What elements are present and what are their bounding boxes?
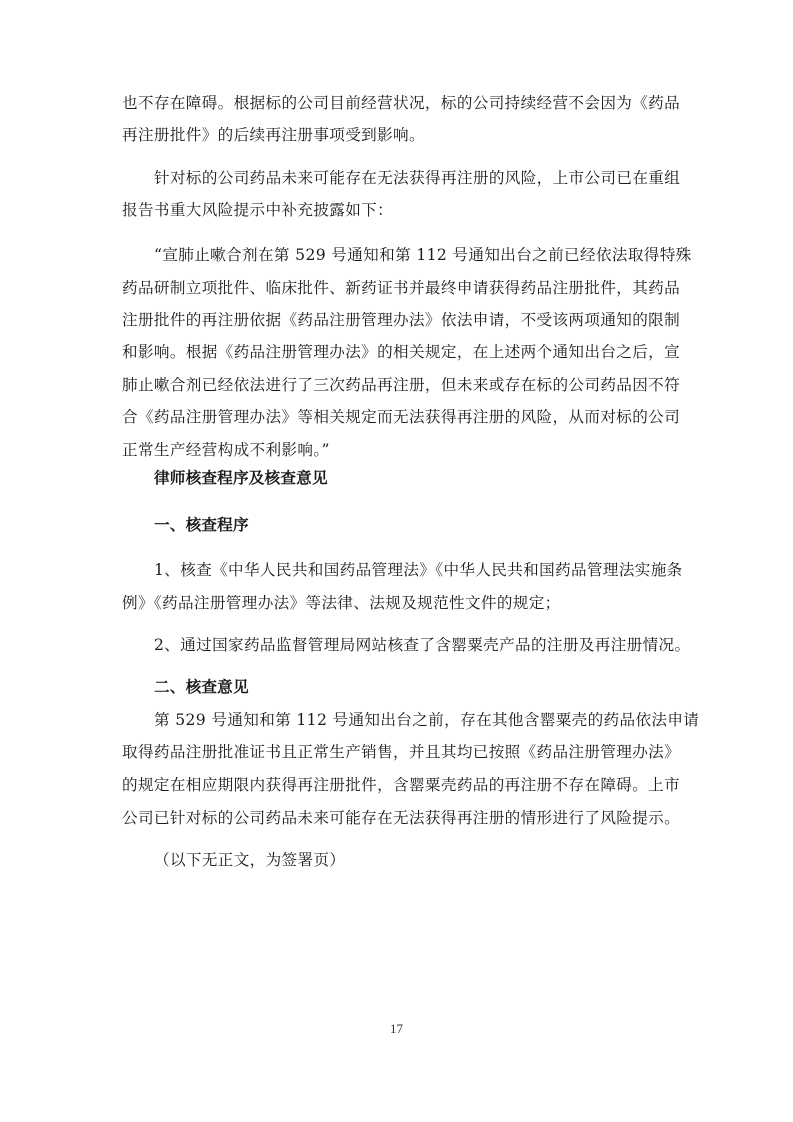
main-heading: 律师核查程序及核查意见 [154,468,710,488]
text-line: 2、通过国家药品监督管理局网站核查了含罂粟壳产品的注册及再注册情况。 [154,635,678,655]
text-line: 取得药品注册批准证书且正常生产销售，并且其均已按照《药品注册管理办法》 [122,742,678,762]
document-page: 也不存在障碍。根据标的公司目前经营状况，标的公司持续经营不会因为《药品再注册批件… [0,0,793,1122]
text-line: 报告书重大风险提示中补充披露如下： [122,200,678,220]
text-line: 药品研制立项批件、临床批件、新药证书并最终申请获得药品注册批件，其药品 [122,278,678,298]
text-line: 针对标的公司药品未来可能存在无法获得再注册的风险，上市公司已在重组 [154,168,678,188]
text-line: 和影响。根据《药品注册管理办法》的相关规定，在上述两个通知出台之后，宣 [122,342,678,362]
text-line: 的规定在相应期限内获得再注册批件，含罂粟壳药品的再注册不存在障碍。上市 [122,775,678,795]
text-line: 正常生产经营构成不利影响。” [122,440,678,460]
text-line: 也不存在障碍。根据标的公司目前经营状况，标的公司持续经营不会因为《药品 [122,93,678,113]
text-line: 合《药品注册管理办法》等相关规定而无法获得再注册的风险，从而对标的公司 [122,407,678,427]
text-line: 公司已针对标的公司药品未来可能存在无法获得再注册的情形进行了风险提示。 [122,808,678,828]
page-number: 17 [0,1021,793,1037]
text-line: 肺止嗽合剂已经依法进行了三次药品再注册，但未来或存在标的公司药品因不符 [122,375,678,395]
text-line: “宣肺止嗽合剂在第 529 号通知和第 112 号通知出台之前已经依法取得特殊 [154,245,678,265]
text-line: 第 529 号通知和第 112 号通知出台之前，存在其他含罂粟壳的药品依法申请 [154,710,678,730]
text-line: 再注册批件》的后续再注册事项受到影响。 [122,125,678,145]
closing-note: （以下无正文，为签署页） [154,850,710,870]
text-line: 例》《药品注册管理办法》等法律、法规及规范性文件的规定； [122,593,678,613]
section-2-title: 二、核查意见 [154,677,710,697]
text-line: 1、核查《中华人民共和国药品管理法》《中华人民共和国药品管理法实施条 [154,560,678,580]
section-1-title: 一、核查程序 [154,515,710,535]
text-line: 注册批件的再注册依据《药品注册管理办法》依法申请，不受该两项通知的限制 [122,310,678,330]
